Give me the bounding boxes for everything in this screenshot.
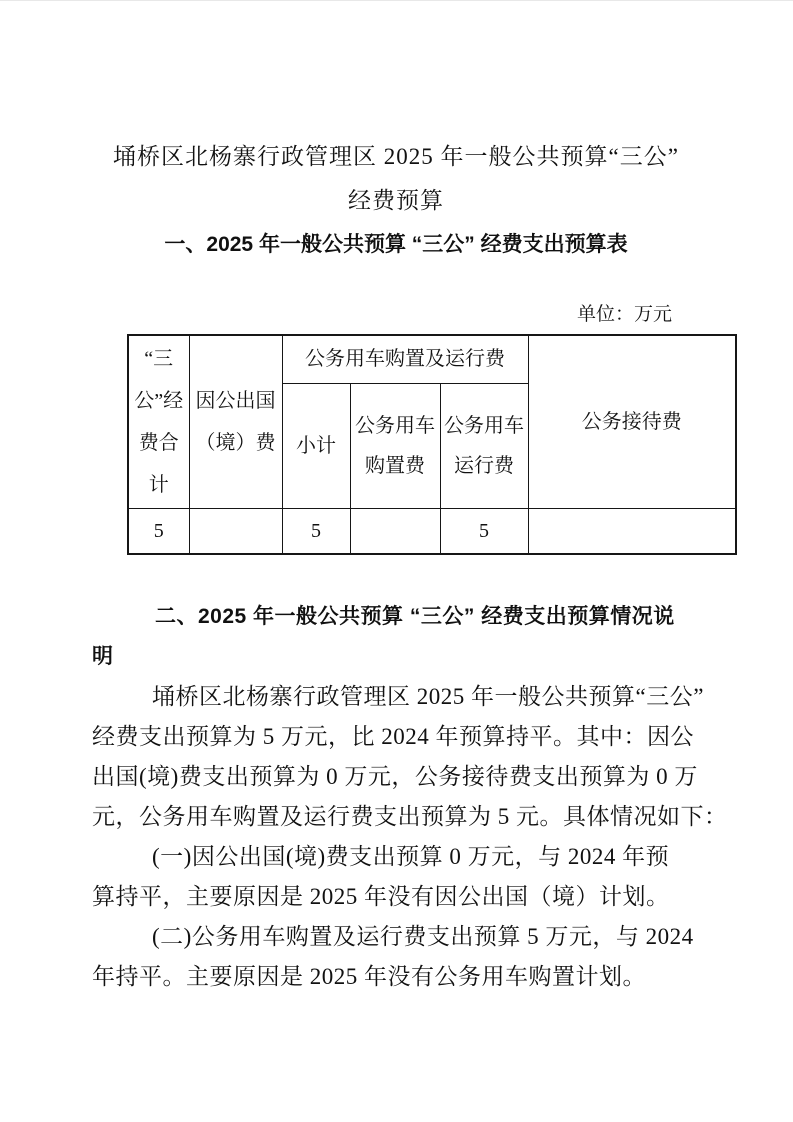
- value-vehicle-operation: 5: [440, 508, 528, 554]
- paragraph2-line-1: (一)因公出国(境)费支出预算 0 万元，与 2024 年预: [92, 837, 700, 877]
- document-title-line-1: 埇桥区北杨寨行政管理区 2025 年一般公共预算“三公”: [92, 135, 700, 179]
- paragraph1-line-2: 经费支出预算为 5 万元，比 2024 年预算持平。其中：因公: [92, 717, 700, 757]
- value-sangong-total: 5: [128, 508, 189, 554]
- section1-heading: 一、2025 年一般公共预算 “三公” 经费支出预算表: [92, 223, 700, 267]
- document-title-line-2: 经费预算: [92, 179, 700, 223]
- document-title: 埇桥区北杨寨行政管理区 2025 年一般公共预算“三公” 经费预算: [92, 135, 700, 223]
- section2-heading-line-2: 明: [92, 637, 700, 677]
- sangong-budget-table: “三公”经费合计 因公出国（境）费 公务用车购置及运行费 公务接待费 小计 公务…: [127, 334, 737, 555]
- header-vehicle-purchase: 公务用车购置费: [350, 383, 440, 508]
- unit-label: 单位：万元: [92, 303, 700, 327]
- paragraph3-line-2: 年持平。主要原因是 2025 年没有公务用车购置计划。: [92, 957, 700, 997]
- header-vehicle-group: 公务用车购置及运行费: [282, 335, 528, 383]
- value-vehicle-subtotal: 5: [282, 508, 350, 554]
- section2-heading-line-1: 二、2025 年一般公共预算 “三公” 经费支出预算情况说: [92, 597, 700, 637]
- paragraph1-line-3: 出国(境)费支出预算为 0 万元，公务接待费支出预算为 0 万: [92, 757, 700, 797]
- header-vehicle-operation: 公务用车运行费: [440, 383, 528, 508]
- section2-body: 二、2025 年一般公共预算 “三公” 经费支出预算情况说 明 埇桥区北杨寨行政…: [92, 597, 700, 997]
- paragraph3-line-1: (二)公务用车购置及运行费支出预算 5 万元，与 2024: [92, 917, 700, 957]
- value-reception-fee: [528, 508, 736, 554]
- header-sangong-total: “三公”经费合计: [128, 335, 189, 508]
- paragraph1-line-1: 埇桥区北杨寨行政管理区 2025 年一般公共预算“三公”: [92, 677, 700, 717]
- header-abroad-fee: 因公出国（境）费: [189, 335, 282, 508]
- value-abroad-fee: [189, 508, 282, 554]
- header-vehicle-subtotal: 小计: [282, 383, 350, 508]
- table-data-row: 5 5 5: [128, 508, 736, 554]
- table-header-row-1: “三公”经费合计 因公出国（境）费 公务用车购置及运行费 公务接待费: [128, 335, 736, 383]
- header-reception-fee: 公务接待费: [528, 335, 736, 508]
- paragraph2-line-2: 算持平，主要原因是 2025 年没有因公出国（境）计划。: [92, 877, 700, 917]
- document-content: 埇桥区北杨寨行政管理区 2025 年一般公共预算“三公” 经费预算 一、2025…: [0, 135, 793, 997]
- document-page: 埇桥区北杨寨行政管理区 2025 年一般公共预算“三公” 经费预算 一、2025…: [0, 0, 793, 1122]
- value-vehicle-purchase: [350, 508, 440, 554]
- paragraph1-line-4: 元，公务用车购置及运行费支出预算为 5 元。具体情况如下：: [92, 797, 700, 837]
